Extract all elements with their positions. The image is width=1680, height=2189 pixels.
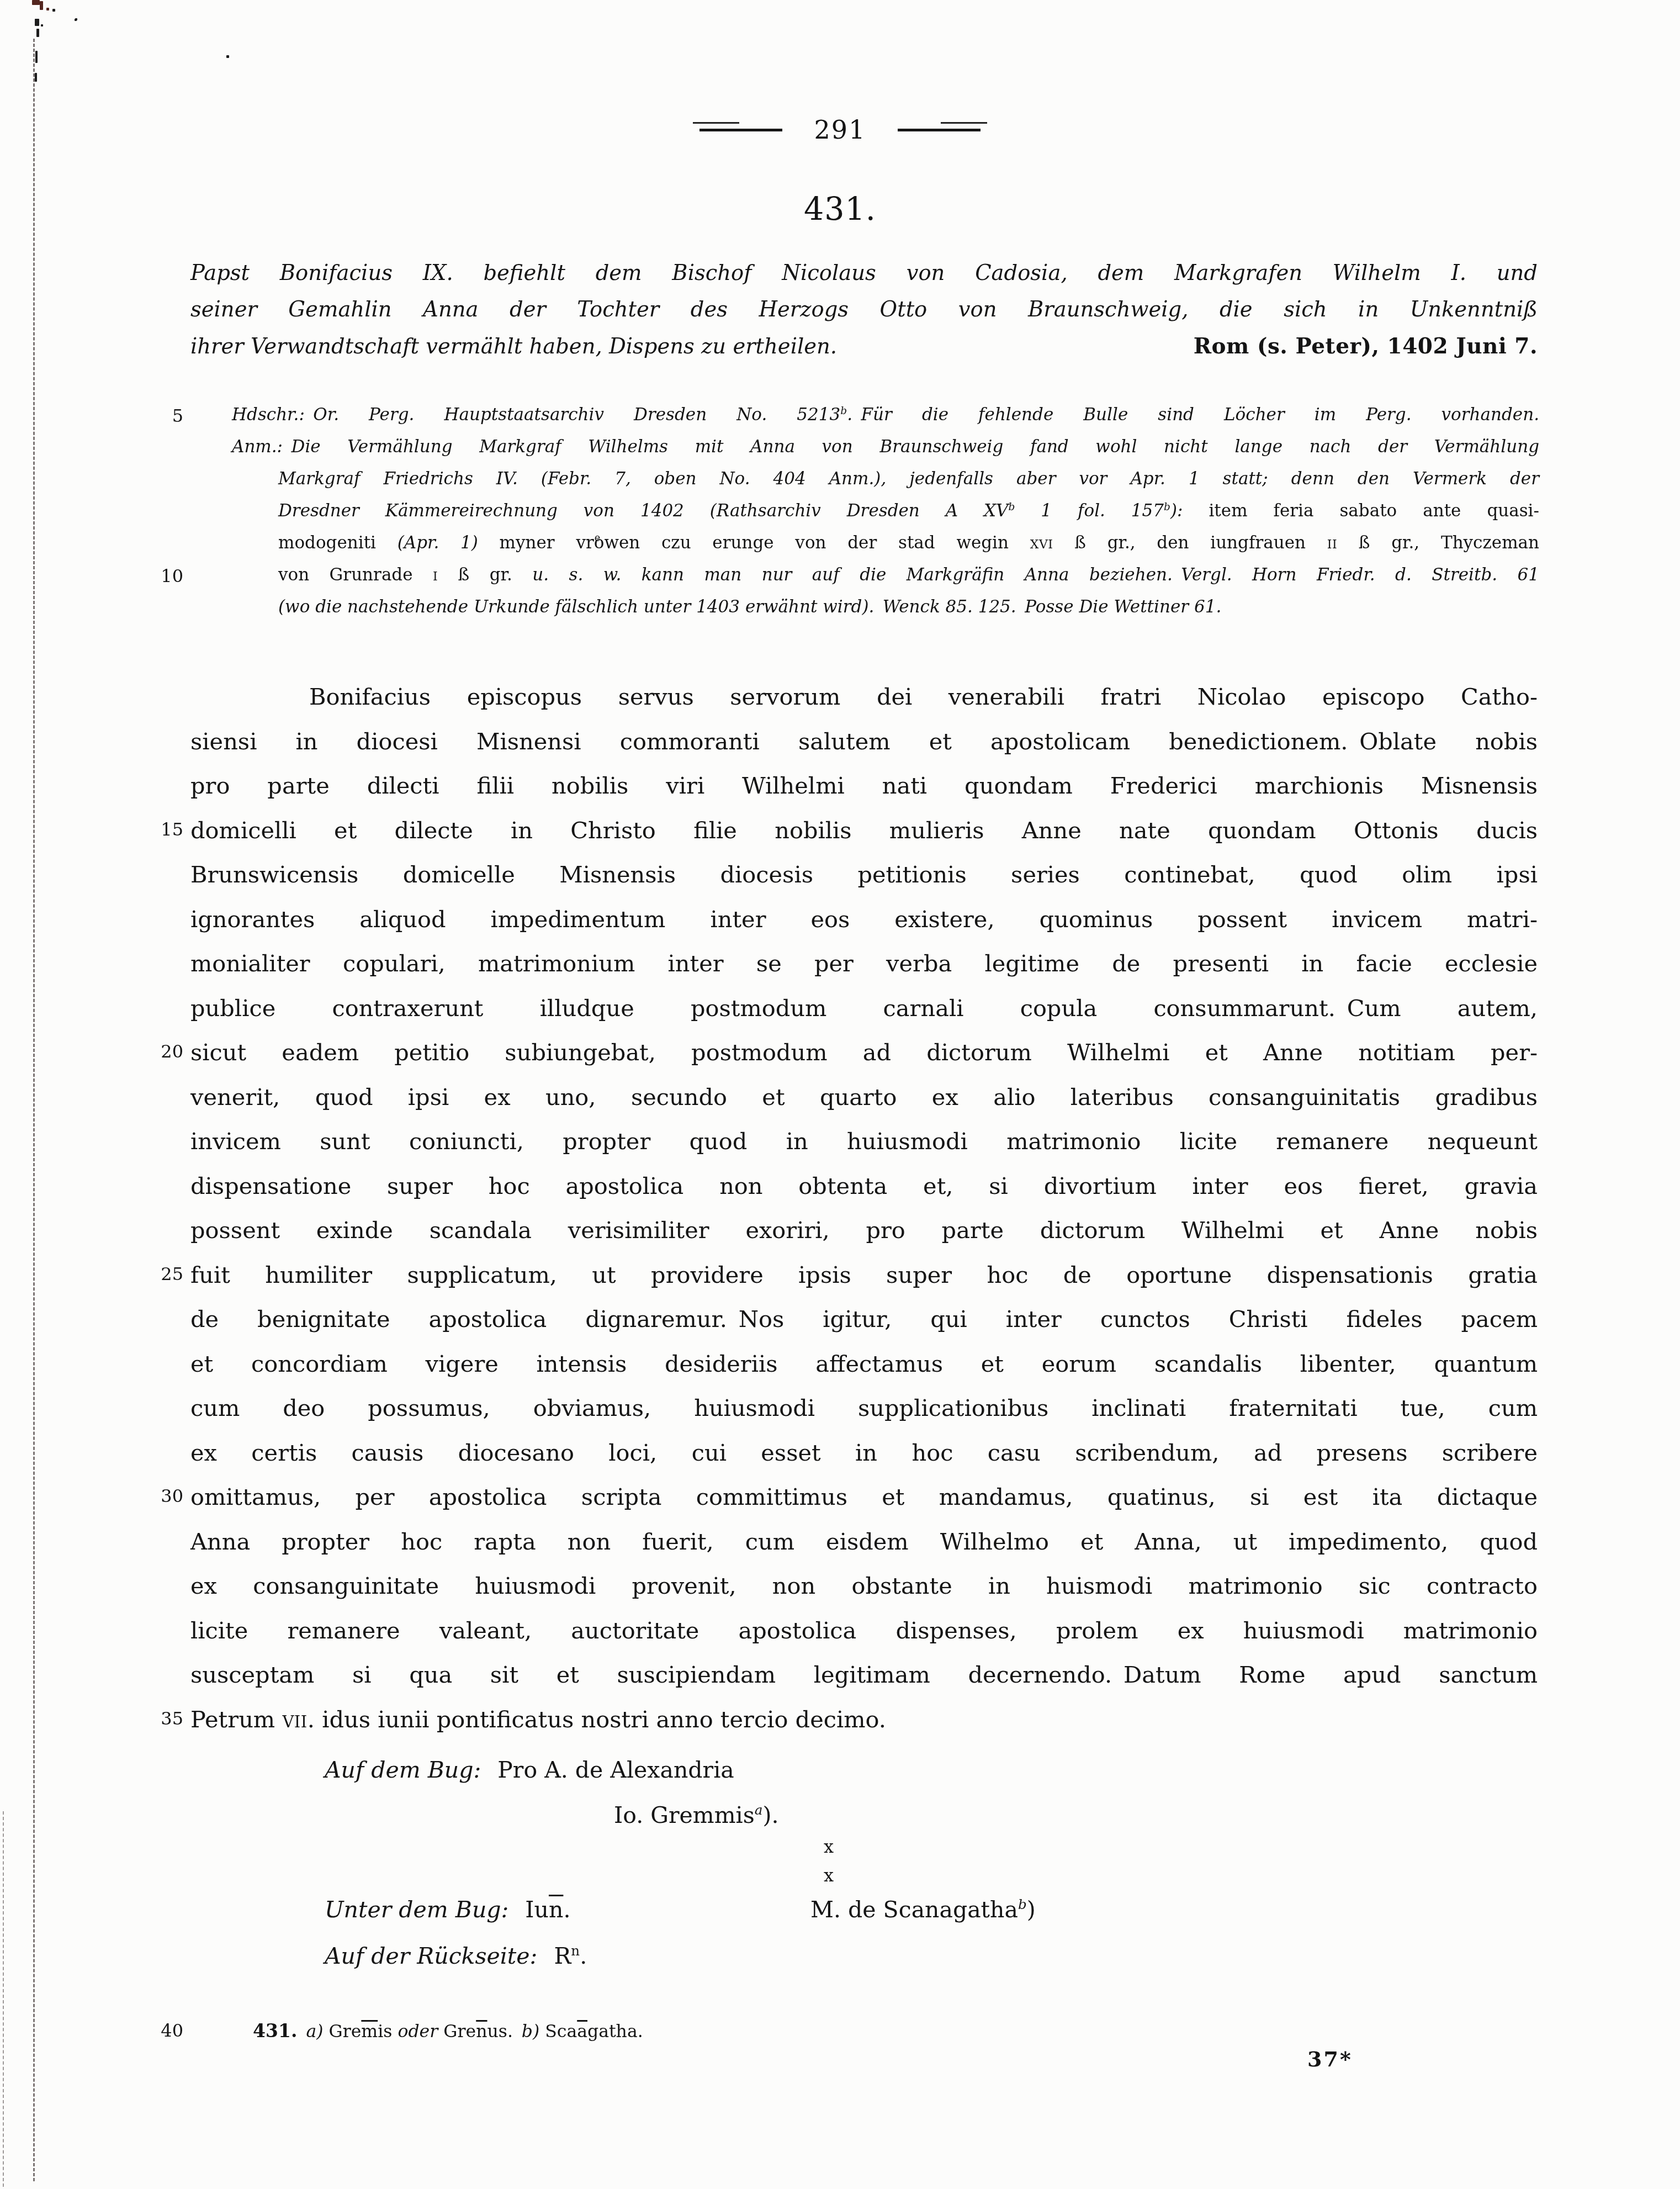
scan-artifact (33, 39, 35, 2181)
text-run: Dresdner Kämmereirechnung von 1402 (Rath… (278, 501, 1009, 521)
note-line: Dresdner Kämmereirechnung von 1402 (Rath… (232, 495, 1539, 527)
text-run: ß gr., den iungfrauen (1053, 533, 1327, 553)
text-run: vii (282, 1706, 307, 1733)
text-run: ß gr., Thyczeman (1337, 533, 1539, 553)
x-mark: x (824, 1832, 834, 1861)
body-text-line: Petrum vii. idus iunii pontificatus nost… (190, 1698, 1538, 1742)
text-run: dispensatione super hoc apostolica non o… (190, 1172, 1538, 1199)
body-text-line: publice contraxerunt illudque postmodum … (190, 986, 1538, 1031)
text-run: Papst Bonifacius IX. befiehlt dem Bischo… (190, 261, 1538, 285)
text-run: ): (1170, 501, 1183, 521)
text-run: et concordiam vigere intensis desideriis… (190, 1350, 1538, 1377)
body-text-line: pro parte dilecti filii nobilis viri Wil… (190, 764, 1538, 808)
regest-summary: Papst Bonifacius IX. befiehlt dem Bischo… (190, 255, 1538, 365)
text-run: a (577, 2022, 587, 2042)
bug-text-rueckseite: Rn. (554, 1943, 587, 1969)
text-run: licite remanere valeant, auctoritate apo… (190, 1617, 1538, 1644)
text-run: von Grunrade (278, 565, 433, 585)
text-run: . (563, 1896, 570, 1923)
source-notes: Hdschr.: Or. Perg. Hauptstaatsarchiv Dre… (232, 399, 1539, 623)
body-text-line: venerit, quod ipsi ex uno, secundo et qu… (190, 1075, 1538, 1120)
body-text-line: de benignitate apostolica dignaremur. No… (190, 1297, 1538, 1342)
text-run: ihrer Verwandtschaft vermählt haben, Dis… (190, 334, 837, 359)
bug-text-auf: Pro A. de Alexandria (497, 1757, 734, 1783)
text-run: b) (522, 2022, 545, 2042)
text-run: (Apr. 1) (398, 533, 478, 553)
text-run: u. s. w. kann man nur auf die Markgräfin… (532, 565, 1539, 585)
latin-text-body: Bonifacius episcopus servus servorum dei… (190, 675, 1538, 1742)
scanned-document-page: 291 431. Papst Bonifacius IX. befiehlt d… (0, 0, 1680, 2189)
text-run: is (378, 2022, 398, 2042)
body-text-line: possent exinde scandala verisimiliter ex… (190, 1208, 1538, 1253)
page-number: 291 (814, 115, 866, 145)
body-text-line: ignorantes aliquod impedimentum inter eo… (190, 897, 1538, 942)
text-run: 1 fol. 157 (1015, 501, 1164, 521)
note-line: von Grunrade i ß gr. u. s. w. kann man n… (232, 559, 1539, 591)
text-run: myner vro (478, 533, 605, 553)
bug-label-auf: Auf dem Bug: (325, 1757, 481, 1783)
body-text-line: Brunswicensis domicelle Misnensis dioces… (190, 853, 1538, 897)
text-run: Petrum (190, 1706, 282, 1733)
text-run: b (1009, 501, 1015, 513)
text-run: us. (487, 2022, 522, 2042)
text-run: ß gr. (438, 565, 532, 585)
margin-line-number: 40 (138, 2022, 183, 2039)
text-run: Markgraf Friedrichs IV. (Febr. 7, oben N… (278, 469, 1539, 489)
margin-line-number: 15 (138, 821, 183, 838)
text-run: invicem sunt coniuncti, propter quod in … (190, 1128, 1538, 1155)
text-run: Bonifacius episcopus servus servorum dei… (309, 683, 1538, 710)
margin-line-number: 30 (138, 1487, 183, 1505)
text-run: n (476, 2022, 487, 2042)
regest-last-line: ihrer Verwandtschaft vermählt haben, Dis… (190, 328, 1538, 365)
bug-note-auf: Auf dem Bug:Pro A. de Alexandria (325, 1757, 734, 1783)
bug-label-unter: Unter dem Bug: (325, 1896, 508, 1923)
regest-line: seiner Gemahlin Anna der Tochter des Her… (190, 292, 1538, 328)
body-text-line: licite remanere valeant, auctoritate apo… (190, 1609, 1538, 1653)
footnote-text: a) Gremis oder Grenus. b) Scaagatha. (306, 2022, 643, 2042)
text-run: m (361, 2022, 378, 2042)
body-text-line: ex certis causis diocesano loci, cui ess… (190, 1431, 1538, 1476)
text-run: xvi (1030, 533, 1053, 553)
margin-line-number: 25 (138, 1265, 183, 1283)
scan-artifact (41, 24, 43, 27)
scan-artifact (40, 1, 43, 10)
text-run: Io. Gremmis (614, 1802, 755, 1828)
bug-label-rueckseite: Auf der Rückseite: (325, 1943, 537, 1969)
note-line: (wo die nachstehende Urkunde fälschlich … (232, 591, 1539, 623)
page-header: 291 (0, 115, 1680, 145)
scan-artifact (35, 51, 38, 63)
scan-artifact (52, 9, 55, 12)
scan-artifact (75, 19, 77, 21)
text-run: venerit, quod ipsi ex uno, secundo et qu… (190, 1083, 1538, 1111)
body-text-line: cum deo possumus, obviamus, huiusmodi su… (190, 1386, 1538, 1431)
text-run: ex certis causis diocesano loci, cui ess… (190, 1439, 1538, 1466)
body-text-line: invicem sunt coniuncti, propter quod in … (190, 1119, 1538, 1164)
text-run: a) (306, 2022, 328, 2042)
margin-line-number: 35 (138, 1710, 183, 1727)
body-text-line: ex consanguinitate huiusmodi provenit, n… (190, 1564, 1538, 1609)
regest-date: Rom (s. Peter), 1402 Juni 7. (1194, 328, 1538, 364)
text-run: b (1164, 501, 1170, 513)
regest-lines: Papst Bonifacius IX. befiehlt dem Bischo… (190, 255, 1538, 328)
text-run: i (433, 565, 438, 585)
text-run: ). (762, 1802, 778, 1828)
body-text-line: Bonifacius episcopus servus servorum dei… (190, 675, 1538, 720)
text-run: n (549, 1896, 563, 1923)
text-run: ex consanguinitate huiusmodi provenit, n… (190, 1572, 1538, 1599)
body-text-line: domicelli et dilecte in Christo filie no… (190, 808, 1538, 853)
text-run: Hdschr.: Or. Perg. Hauptstaatsarchiv Dre… (232, 405, 840, 425)
body-text-line: susceptam si qua sit et suscipiendam leg… (190, 1653, 1538, 1698)
x-mark: x (824, 1861, 834, 1890)
text-run: b (1018, 1896, 1027, 1912)
text-run: cum deo possumus, obviamus, huiusmodi su… (190, 1394, 1538, 1421)
text-run: Anna propter hoc rapta non fuerit, cum e… (190, 1528, 1538, 1555)
collation-x-marks: x x (824, 1832, 834, 1890)
header-rule-right (898, 129, 981, 131)
text-run: Gre (438, 2022, 476, 2042)
body-text-line: siensi in diocesi Misnensi commoranti sa… (190, 720, 1538, 764)
text-run: Iu (525, 1896, 549, 1923)
scan-artifact (36, 29, 39, 37)
margin-line-number: 20 (138, 1043, 183, 1060)
bug-text-unter: Iun. (525, 1896, 570, 1923)
body-text-line: fuit humiliter supplicatum, ut providere… (190, 1253, 1538, 1298)
text-run: oder (398, 2022, 438, 2042)
regest-line: Papst Bonifacius IX. befiehlt dem Bischo… (190, 255, 1538, 292)
text-run: de benignitate apostolica dignaremur. No… (190, 1305, 1538, 1333)
bug-note-rueckseite: Auf der Rückseite:Rn. (325, 1943, 587, 1969)
text-run: ignorantes aliquod impedimentum inter eo… (190, 906, 1538, 933)
text-run: . Für die fehlende Bulle sind Löcher im … (847, 405, 1539, 425)
text-run: . (580, 1943, 587, 1969)
text-run: (wo die nachstehende Urkunde fälschlich … (278, 597, 1221, 617)
text-run: possent exinde scandala verisimiliter ex… (190, 1217, 1538, 1244)
text-run: a (755, 1802, 763, 1818)
text-run: siensi in diocesi Misnensi commoranti sa… (190, 728, 1538, 755)
text-run: Anm.: Die Vermählung Markgraf Wilhelms m… (232, 437, 1539, 457)
text-run: pro parte dilecti filii nobilis viri Wil… (190, 772, 1538, 799)
text-run: wen czu erunge von der stad wegin (604, 533, 1030, 553)
signature-mark: 37* (1307, 2047, 1353, 2071)
body-text-line: dispensatione super hoc apostolica non o… (190, 1164, 1538, 1209)
scan-artifact (226, 55, 229, 58)
margin-line-number: 10 (138, 567, 183, 585)
header-rule-left (699, 129, 782, 131)
bug-note-unter: Unter dem Bug:Iun. (325, 1896, 570, 1923)
body-text-line: omittamus, per apostolica scripta commit… (190, 1475, 1538, 1520)
scan-artifact (46, 8, 49, 10)
text-run: modogeniti (278, 533, 398, 553)
body-text-line: sicut eadem petitio subiungebat, postmod… (190, 1030, 1538, 1075)
body-text-line: et concordiam vigere intensis desideriis… (190, 1342, 1538, 1387)
text-run: susceptam si qua sit et suscipiendam leg… (190, 1661, 1538, 1688)
bug-note-gremmis: Io. Gremmisa). (614, 1802, 778, 1828)
body-text-line: monialiter copulari, matrimonium inter s… (190, 942, 1538, 986)
text-run: M. de Scanagatha (810, 1896, 1018, 1923)
text-run: Brunswicensis domicelle Misnensis dioces… (190, 861, 1538, 888)
text-run: . idus iunii pontificatus nostri anno te… (308, 1706, 886, 1733)
text-run: ) (1027, 1896, 1036, 1923)
scan-artifact (35, 19, 39, 26)
body-text-line: Anna propter hoc rapta non fuerit, cum e… (190, 1520, 1538, 1564)
text-run: sicut eadem petitio subiungebat, postmod… (190, 1039, 1538, 1066)
text-run: seiner Gemahlin Anna der Tochter des Her… (190, 297, 1538, 322)
scan-artifact (32, 0, 40, 5)
note-line: modogeniti (Apr. 1) myner vroewen czu er… (232, 527, 1539, 559)
text-run: Gre (328, 2022, 361, 2042)
text-run: n (571, 1943, 580, 1959)
bug-note-scanagatha: M. de Scanagathab) (810, 1896, 1036, 1923)
document-number: 431. (0, 191, 1680, 228)
text-run: fuit humiliter supplicatum, ut providere… (190, 1261, 1538, 1288)
margin-line-number: 5 (138, 407, 183, 425)
text-run: omittamus, per apostolica scripta commit… (190, 1483, 1538, 1510)
footnote-number: 431. (253, 2020, 297, 2042)
text-run: Sca (545, 2022, 577, 2042)
note-line: Hdschr.: Or. Perg. Hauptstaatsarchiv Dre… (232, 399, 1539, 431)
text-run: b (840, 405, 847, 417)
text-run: R (554, 1943, 571, 1969)
text-run: monialiter copulari, matrimonium inter s… (190, 950, 1538, 977)
scan-artifact (3, 1811, 4, 2187)
regest-last-line-text: ihrer Verwandtschaft vermählt haben, Dis… (190, 329, 837, 365)
note-line: Anm.: Die Vermählung Markgraf Wilhelms m… (232, 431, 1539, 463)
text-run: domicelli et dilecte in Christo filie no… (190, 817, 1538, 844)
text-run: gatha. (587, 2022, 643, 2042)
text-run: item feria sabato ante quasi- (1183, 501, 1539, 521)
scan-artifact (35, 73, 37, 82)
text-run: ii (1327, 533, 1337, 553)
text-run: publice contraxerunt illudque postmodum … (190, 995, 1538, 1022)
footnote: 431.a) Gremis oder Grenus. b) Scaagatha. (253, 2020, 643, 2042)
note-line: Markgraf Friedrichs IV. (Febr. 7, oben N… (232, 463, 1539, 495)
